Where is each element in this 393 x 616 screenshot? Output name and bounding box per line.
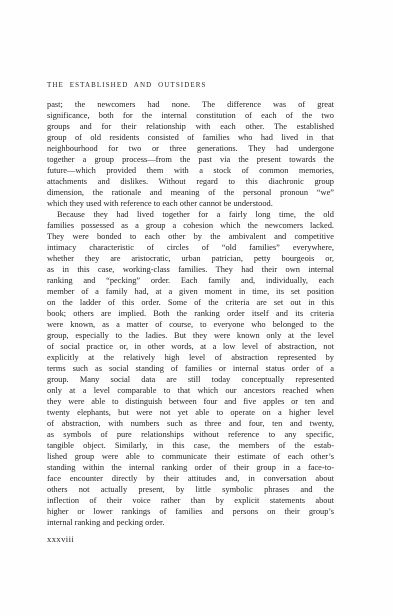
text-line: as symbols of pure relationships without…	[47, 429, 334, 440]
text-line: dimension, the rationale and meaning of …	[47, 187, 334, 198]
text-line: internal ranking and pecking order.	[47, 517, 334, 528]
text-line: only at a level comparable to that which…	[47, 385, 334, 396]
text-line: attachments and dislikes. Without regard…	[47, 176, 334, 187]
text-line: as in this case, working-class families.…	[47, 264, 334, 275]
text-line: member of a family had, at a given momen…	[47, 286, 334, 297]
text-line: tangible object. Similarly, in this case…	[47, 440, 334, 451]
text-line: inflection of their voice rather than by…	[47, 495, 334, 506]
text-line: lished group were able to communicate th…	[47, 451, 334, 462]
text-line: they were able to distinguish between fo…	[47, 396, 334, 407]
text-line: face encounter directly by their attitud…	[47, 473, 334, 484]
text-line: significance, both for the internal cons…	[47, 110, 334, 121]
text-line: neighbourhood for two or three generatio…	[47, 143, 334, 154]
text-line: Because they had lived together for a fa…	[47, 209, 334, 220]
text-line: intimacy characteristic of circles of “o…	[47, 242, 334, 253]
text-line: of abstraction, with numbers such as thr…	[47, 418, 334, 429]
text-line: whether they are aristocratic, urban pat…	[47, 253, 334, 264]
text-line: book; others are implied. Both the ranki…	[47, 308, 334, 319]
text-line: twenty elephants, but were not yet able …	[47, 407, 334, 418]
text-line: future—which provided them with a stock …	[47, 165, 334, 176]
text-line: others not actually present, by little s…	[47, 484, 334, 495]
text-line: groups and for their relationship with e…	[47, 121, 334, 132]
text-line: terms such as social standing of familie…	[47, 363, 334, 374]
page-number: xxxviii	[47, 534, 334, 544]
text-line: which they used with reference to each o…	[47, 198, 334, 209]
text-line: group of old residents consisted of fami…	[47, 132, 334, 143]
text-line: ranking and “pecking” order. Each family…	[47, 275, 334, 286]
text-line: past; the newcomers had none. The differ…	[47, 99, 334, 110]
text-line: were known, as a matter of course, to ev…	[47, 319, 334, 330]
body-text: past; the newcomers had none. The differ…	[47, 99, 334, 528]
book-page: THE ESTABLISHED AND OUTSIDERS past; the …	[0, 0, 393, 616]
text-line: families possessed as a group a cohesion…	[47, 220, 334, 231]
text-line: They were bonded to each other by the am…	[47, 231, 334, 242]
text-line: on the ladder of this order. Some of the…	[47, 297, 334, 308]
text-line: higher or lower rankings of families and…	[47, 506, 334, 517]
text-line: standing within the internal ranking ord…	[47, 462, 334, 473]
text-line: explicitly at the relatively high level …	[47, 352, 334, 363]
text-line: together a group process—from the past v…	[47, 154, 334, 165]
text-line: group, especially to the ladies. But the…	[47, 330, 334, 341]
text-line: group. Many social data are still today …	[47, 374, 334, 385]
running-header: THE ESTABLISHED AND OUTSIDERS	[47, 81, 334, 89]
text-line: of social practice or, in other words, a…	[47, 341, 334, 352]
